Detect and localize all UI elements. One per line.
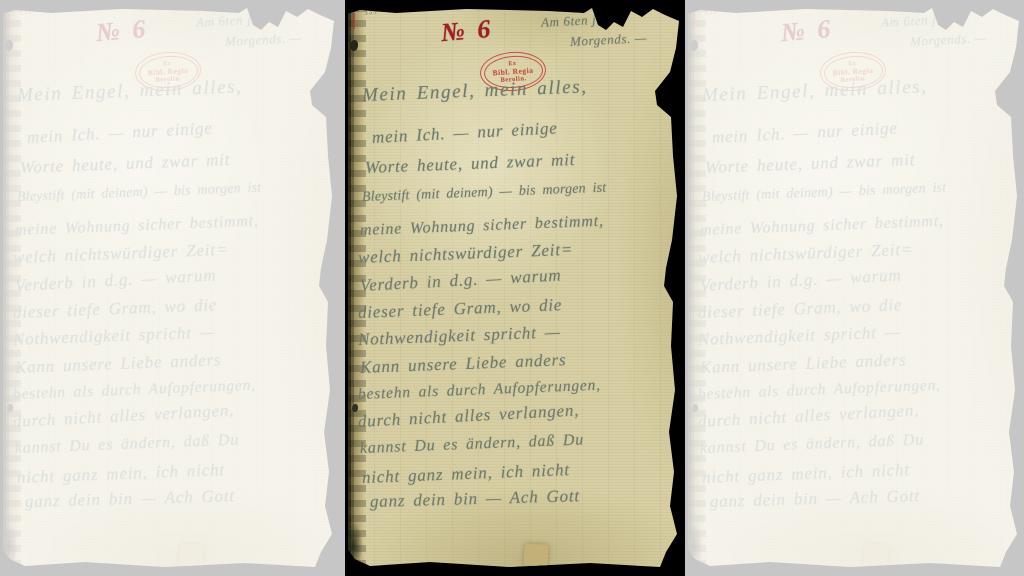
handwriting-line: Kann unsere Liebe anders bbox=[360, 350, 567, 378]
handwriting-line: Mein Engel, mein alles, bbox=[362, 76, 588, 107]
handwriting-line: nicht ganz mein, ich nicht bbox=[17, 460, 226, 488]
faded-page-wrap-right: 335 № 6 Am 6ten juli Morgends. — Ex Bibl… bbox=[685, 0, 1024, 576]
current-page-slide: 335 № 6 Am 6ten juli Morgends. — Ex Bibl… bbox=[345, 0, 685, 576]
next-page-slide[interactable]: 335 № 6 Am 6ten juli Morgends. — Ex Bibl… bbox=[685, 0, 1024, 576]
handwriting-line: Bleystift (mit deinem) — bis morgen ist bbox=[702, 181, 947, 206]
handwriting-line: durch nicht alles verlangen, bbox=[12, 400, 234, 432]
handwriting-line: Bleystift (mit deinem) — bis morgen ist bbox=[17, 181, 262, 206]
date-line-2: Morgends. — bbox=[570, 30, 648, 50]
stamp-line: Ex bbox=[163, 60, 171, 67]
handwriting-line: dieser tiefe Gram, wo die bbox=[358, 295, 563, 323]
handwriting-line: welch nichtswürdiger Zeit= bbox=[698, 240, 914, 268]
current-page-wrap: 335 № 6 Am 6ten juli Morgends. — Ex Bibl… bbox=[345, 0, 685, 576]
red-tick-mark bbox=[693, 13, 695, 29]
tape-stain bbox=[523, 543, 548, 567]
red-tick-mark bbox=[353, 13, 355, 29]
stamp-line: Bibl. Regia bbox=[492, 65, 533, 77]
handwriting-line: mein Ich. — nur einige bbox=[371, 118, 558, 148]
ink-blot bbox=[7, 404, 13, 412]
tape-stain bbox=[178, 543, 203, 567]
red-tick-mark bbox=[8, 13, 10, 29]
stamp-line: Ex bbox=[848, 60, 856, 67]
handwriting-line: ganz dein bin — Ach Gott bbox=[370, 486, 581, 512]
handwriting-line: Verderb in d.g. — warum bbox=[359, 265, 561, 296]
handwriting-line: Bleystift (mit deinem) — bis morgen ist bbox=[362, 181, 607, 206]
ink-blot bbox=[5, 40, 13, 51]
ink-blot bbox=[690, 40, 698, 51]
stamp-line: Ex bbox=[508, 60, 516, 67]
handwriting-line: meine Wohnung sicher bestimmt, bbox=[15, 213, 259, 240]
handwriting-line: Kann unsere Liebe anders bbox=[700, 350, 907, 378]
ink-blot bbox=[350, 40, 358, 51]
handwriting-line: mein Ich. — nur einige bbox=[711, 118, 898, 148]
faded-page-wrap-left: 335 № 6 Am 6ten juli Morgends. — Ex Bibl… bbox=[0, 0, 345, 576]
handwriting-line: kannst Du es ändern, daß Du bbox=[360, 431, 585, 458]
stamp-line: Bibl. Regia bbox=[147, 65, 188, 77]
manuscript-viewer: 335 № 6 Am 6ten juli Morgends. — Ex Bibl… bbox=[0, 0, 1024, 576]
handwriting-line: ganz dein bin — Ach Gott bbox=[710, 486, 921, 512]
handwriting-line: bestehn als durch Aufopferungen, bbox=[13, 377, 256, 404]
date-line-2: Morgends. — bbox=[225, 30, 303, 50]
stamp-line: Bibl. Regia bbox=[832, 65, 873, 77]
handwriting-line: meine Wohnung sicher bestimmt, bbox=[700, 213, 944, 240]
handwriting-line: nicht ganz mein, ich nicht bbox=[702, 460, 911, 488]
previous-page-slide[interactable]: 335 № 6 Am 6ten juli Morgends. — Ex Bibl… bbox=[0, 0, 345, 576]
handwriting-line: Worte heute, und zwar mit bbox=[20, 150, 231, 178]
handwriting-line: bestehn als durch Aufopferungen, bbox=[358, 377, 601, 404]
manuscript-page: 335 № 6 Am 6ten juli Morgends. — Ex Bibl… bbox=[348, 8, 680, 567]
handwriting-line: welch nichtswürdiger Zeit= bbox=[13, 240, 229, 268]
tape-stain bbox=[863, 543, 888, 567]
handwriting-line: kannst Du es ändern, daß Du bbox=[15, 431, 240, 458]
handwriting-line: durch nicht alles verlangen, bbox=[697, 400, 919, 432]
handwriting-line: kannst Du es ändern, daß Du bbox=[700, 431, 925, 458]
handwriting-line: Kann unsere Liebe anders bbox=[15, 350, 222, 378]
handwriting-line: durch nicht alles verlangen, bbox=[357, 400, 579, 432]
archive-number: № 6 bbox=[440, 14, 495, 48]
manuscript-page: 335 № 6 Am 6ten juli Morgends. — Ex Bibl… bbox=[3, 8, 335, 567]
handwriting-line: bestehn als durch Aufopferungen, bbox=[698, 377, 941, 404]
ink-blot bbox=[692, 404, 698, 412]
handwriting-line: meine Wohnung sicher bestimmt, bbox=[360, 213, 604, 240]
handwriting-line: Mein Engel, mein alles, bbox=[17, 76, 243, 107]
archive-number: № 6 bbox=[780, 14, 835, 48]
handwriting-line: Nothwendigkeit spricht — bbox=[358, 322, 561, 350]
handwriting-line: Verderb in d.g. — warum bbox=[699, 265, 901, 296]
handwriting-line: Nothwendigkeit spricht — bbox=[13, 322, 216, 350]
handwriting-line: Verderb in d.g. — warum bbox=[14, 265, 216, 296]
manuscript-page: 335 № 6 Am 6ten juli Morgends. — Ex Bibl… bbox=[688, 8, 1020, 567]
ink-blot bbox=[352, 404, 358, 412]
handwriting-line: Worte heute, und zwar mit bbox=[365, 150, 576, 178]
handwriting-line: welch nichtswürdiger Zeit= bbox=[358, 240, 574, 268]
handwriting-line: Worte heute, und zwar mit bbox=[705, 150, 916, 178]
archive-number: № 6 bbox=[95, 14, 150, 48]
handwriting-line: ganz dein bin — Ach Gott bbox=[25, 486, 236, 512]
handwriting-line: mein Ich. — nur einige bbox=[26, 118, 213, 148]
date-line-2: Morgends. — bbox=[910, 30, 988, 50]
handwriting-line: dieser tiefe Gram, wo die bbox=[13, 295, 218, 323]
handwriting-line: dieser tiefe Gram, wo die bbox=[698, 295, 903, 323]
handwriting-line: Mein Engel, mein alles, bbox=[702, 76, 928, 107]
handwriting-line: Nothwendigkeit spricht — bbox=[698, 322, 901, 350]
handwriting-line: nicht ganz mein, ich nicht bbox=[362, 460, 571, 488]
